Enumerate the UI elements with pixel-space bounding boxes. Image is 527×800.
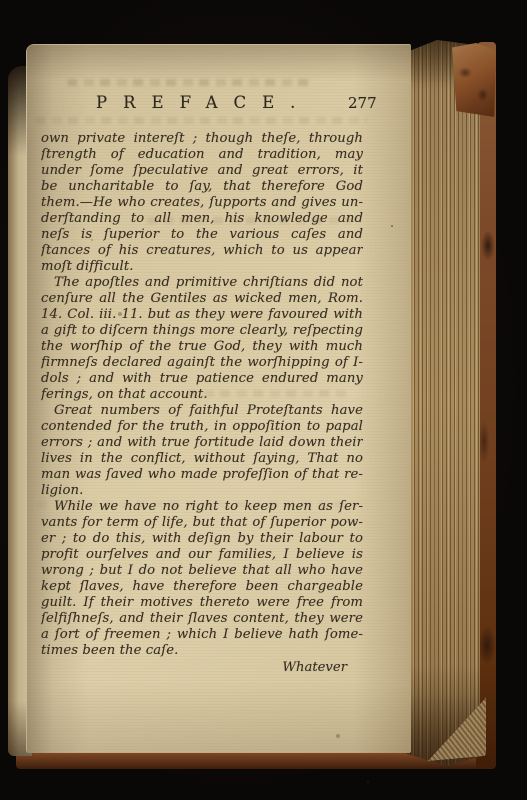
- text-line: 14. Col. iii. 11. but as they were favou…: [41, 307, 363, 323]
- text-line: contended for the truth, in oppoſition t…: [41, 419, 363, 435]
- text-line: firmneſs declared againſt the worſhippin…: [41, 355, 363, 371]
- text-line: ſtances of his creatures, which to us ap…: [41, 243, 363, 259]
- text-line: Great numbers of faithful Proteſtants ha…: [41, 403, 363, 419]
- text-line: er ; to do this, with deſign by their la…: [41, 531, 363, 547]
- text-line: under ſome ſpeculative and great errors,…: [41, 163, 363, 179]
- page-number: 277: [348, 94, 377, 112]
- book-page: PREFACE. 277 own private intereſt ; thou…: [26, 44, 411, 753]
- catchword: Whatever: [41, 660, 363, 676]
- text-line: profit ourſelves and our families, I bel…: [41, 547, 363, 563]
- text-line: dols ; and with true patience endured ma…: [41, 371, 363, 387]
- text-line: lives in the conflict, without ſaying, T…: [41, 451, 363, 467]
- page-stack-fore-edge: [406, 40, 480, 766]
- text-line: ferings, on that account.: [41, 387, 363, 403]
- paper-speck: [391, 225, 393, 227]
- text-line: wrong ; but I do not believe that all wh…: [41, 563, 363, 579]
- text-line: ligion.: [41, 483, 363, 499]
- page-header-title: PREFACE.: [96, 93, 311, 111]
- text-line: kept ſlaves, have therefore been chargea…: [41, 579, 363, 595]
- text-line: The apoſtles and primitive chriſtians di…: [41, 275, 363, 291]
- body-text: own private intereſt ; though theſe, thr…: [41, 131, 363, 659]
- text-line: derſtanding to all men, his knowledge an…: [41, 211, 363, 227]
- cover-damage-patch: [452, 43, 496, 117]
- text-line: While we have no right to keep men as ſe…: [41, 499, 363, 515]
- text-line: cenſure all the Gentiles as wicked men, …: [41, 291, 363, 307]
- text-line: man was ſaved who made profeſſion of tha…: [41, 467, 363, 483]
- text-line: vants for term of life, but that of ſupe…: [41, 515, 363, 531]
- text-line: errors ; and with true fortitude laid do…: [41, 435, 363, 451]
- show-through-smudge: [35, 117, 367, 124]
- text-line: guilt. If their motives thereto were fre…: [41, 595, 363, 611]
- photo-background: PREFACE. 277 own private intereſt ; thou…: [0, 0, 527, 800]
- text-line: a ſort of freemen ; which I believe hath…: [41, 627, 363, 643]
- show-through-smudge: [67, 79, 312, 86]
- text-line: own private intereſt ; though theſe, thr…: [41, 131, 363, 147]
- text-line: ſelfiſhneſs, and their ſlaves content, t…: [41, 611, 363, 627]
- text-line: be uncharitable to ſay, that therefore G…: [41, 179, 363, 195]
- text-line: neſs is ſuperior to the various caſes an…: [41, 227, 363, 243]
- text-line: them.—He who creates, ſupports and gives…: [41, 195, 363, 211]
- text-line: the worſhip of the true God, they with m…: [41, 339, 363, 355]
- text-line: a gift to diſcern things more clearly, r…: [41, 323, 363, 339]
- text-line: ſtrength of education and tradition, may…: [41, 147, 363, 163]
- text-line: times been the caſe.: [41, 643, 363, 659]
- text-line: moſt difficult.: [41, 259, 363, 275]
